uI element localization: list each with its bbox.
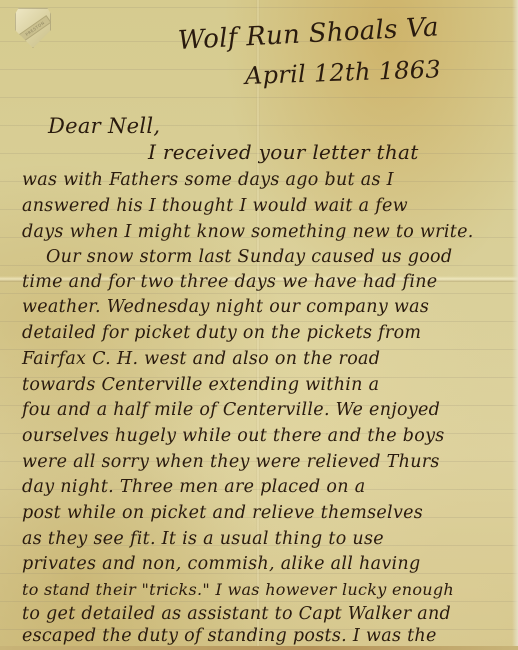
paper-bottom-edge bbox=[0, 646, 518, 650]
body-line: were all sorry when they were relieved T… bbox=[22, 452, 440, 472]
body-line: days when I might know something new to … bbox=[22, 222, 474, 242]
body-line: detailed for picket duty on the pickets … bbox=[22, 323, 421, 343]
paper-edge bbox=[512, 0, 518, 650]
letter-date: April 12th 1863 bbox=[245, 55, 442, 90]
body-line: as they see fit. It is a usual thing to … bbox=[22, 529, 384, 549]
shield-emboss-icon: PRESTON bbox=[15, 8, 51, 48]
body-line: Our snow storm last Sunday caused us goo… bbox=[46, 247, 452, 267]
body-line: Fairfax C. H. west and also on the road bbox=[22, 349, 380, 369]
letter-place: Wolf Run Shoals Va bbox=[177, 12, 439, 56]
body-line: weather. Wednesday night our company was bbox=[22, 297, 429, 317]
body-line: fou and a half mile of Centerville. We e… bbox=[22, 400, 440, 420]
body-line: I received your letter that bbox=[148, 140, 419, 164]
body-line: to stand their "tricks." I was however l… bbox=[22, 580, 454, 599]
body-line: day night. Three men are placed on a bbox=[22, 477, 365, 497]
body-line: answered his I thought I would wait a fe… bbox=[22, 196, 408, 216]
body-line: escaped the duty of standing posts. I wa… bbox=[22, 626, 437, 646]
body-line: was with Fathers some days ago but as I bbox=[22, 170, 394, 190]
body-line: ourselves hugely while out there and the… bbox=[22, 426, 445, 446]
letter-page: PRESTON Wolf Run Shoals Va April 12th 18… bbox=[0, 0, 518, 650]
body-line: time and for two three days we have had … bbox=[22, 272, 437, 292]
body-line: towards Centerville extending within a bbox=[22, 375, 379, 395]
body-line: to get detailed as assistant to Capt Wal… bbox=[22, 604, 451, 624]
body-line: post while on picket and relieve themsel… bbox=[22, 503, 423, 523]
body-line: privates and non, commish, alike all hav… bbox=[22, 554, 421, 574]
stamp-text: PRESTON bbox=[18, 15, 51, 42]
salutation: Dear Nell, bbox=[48, 114, 160, 138]
